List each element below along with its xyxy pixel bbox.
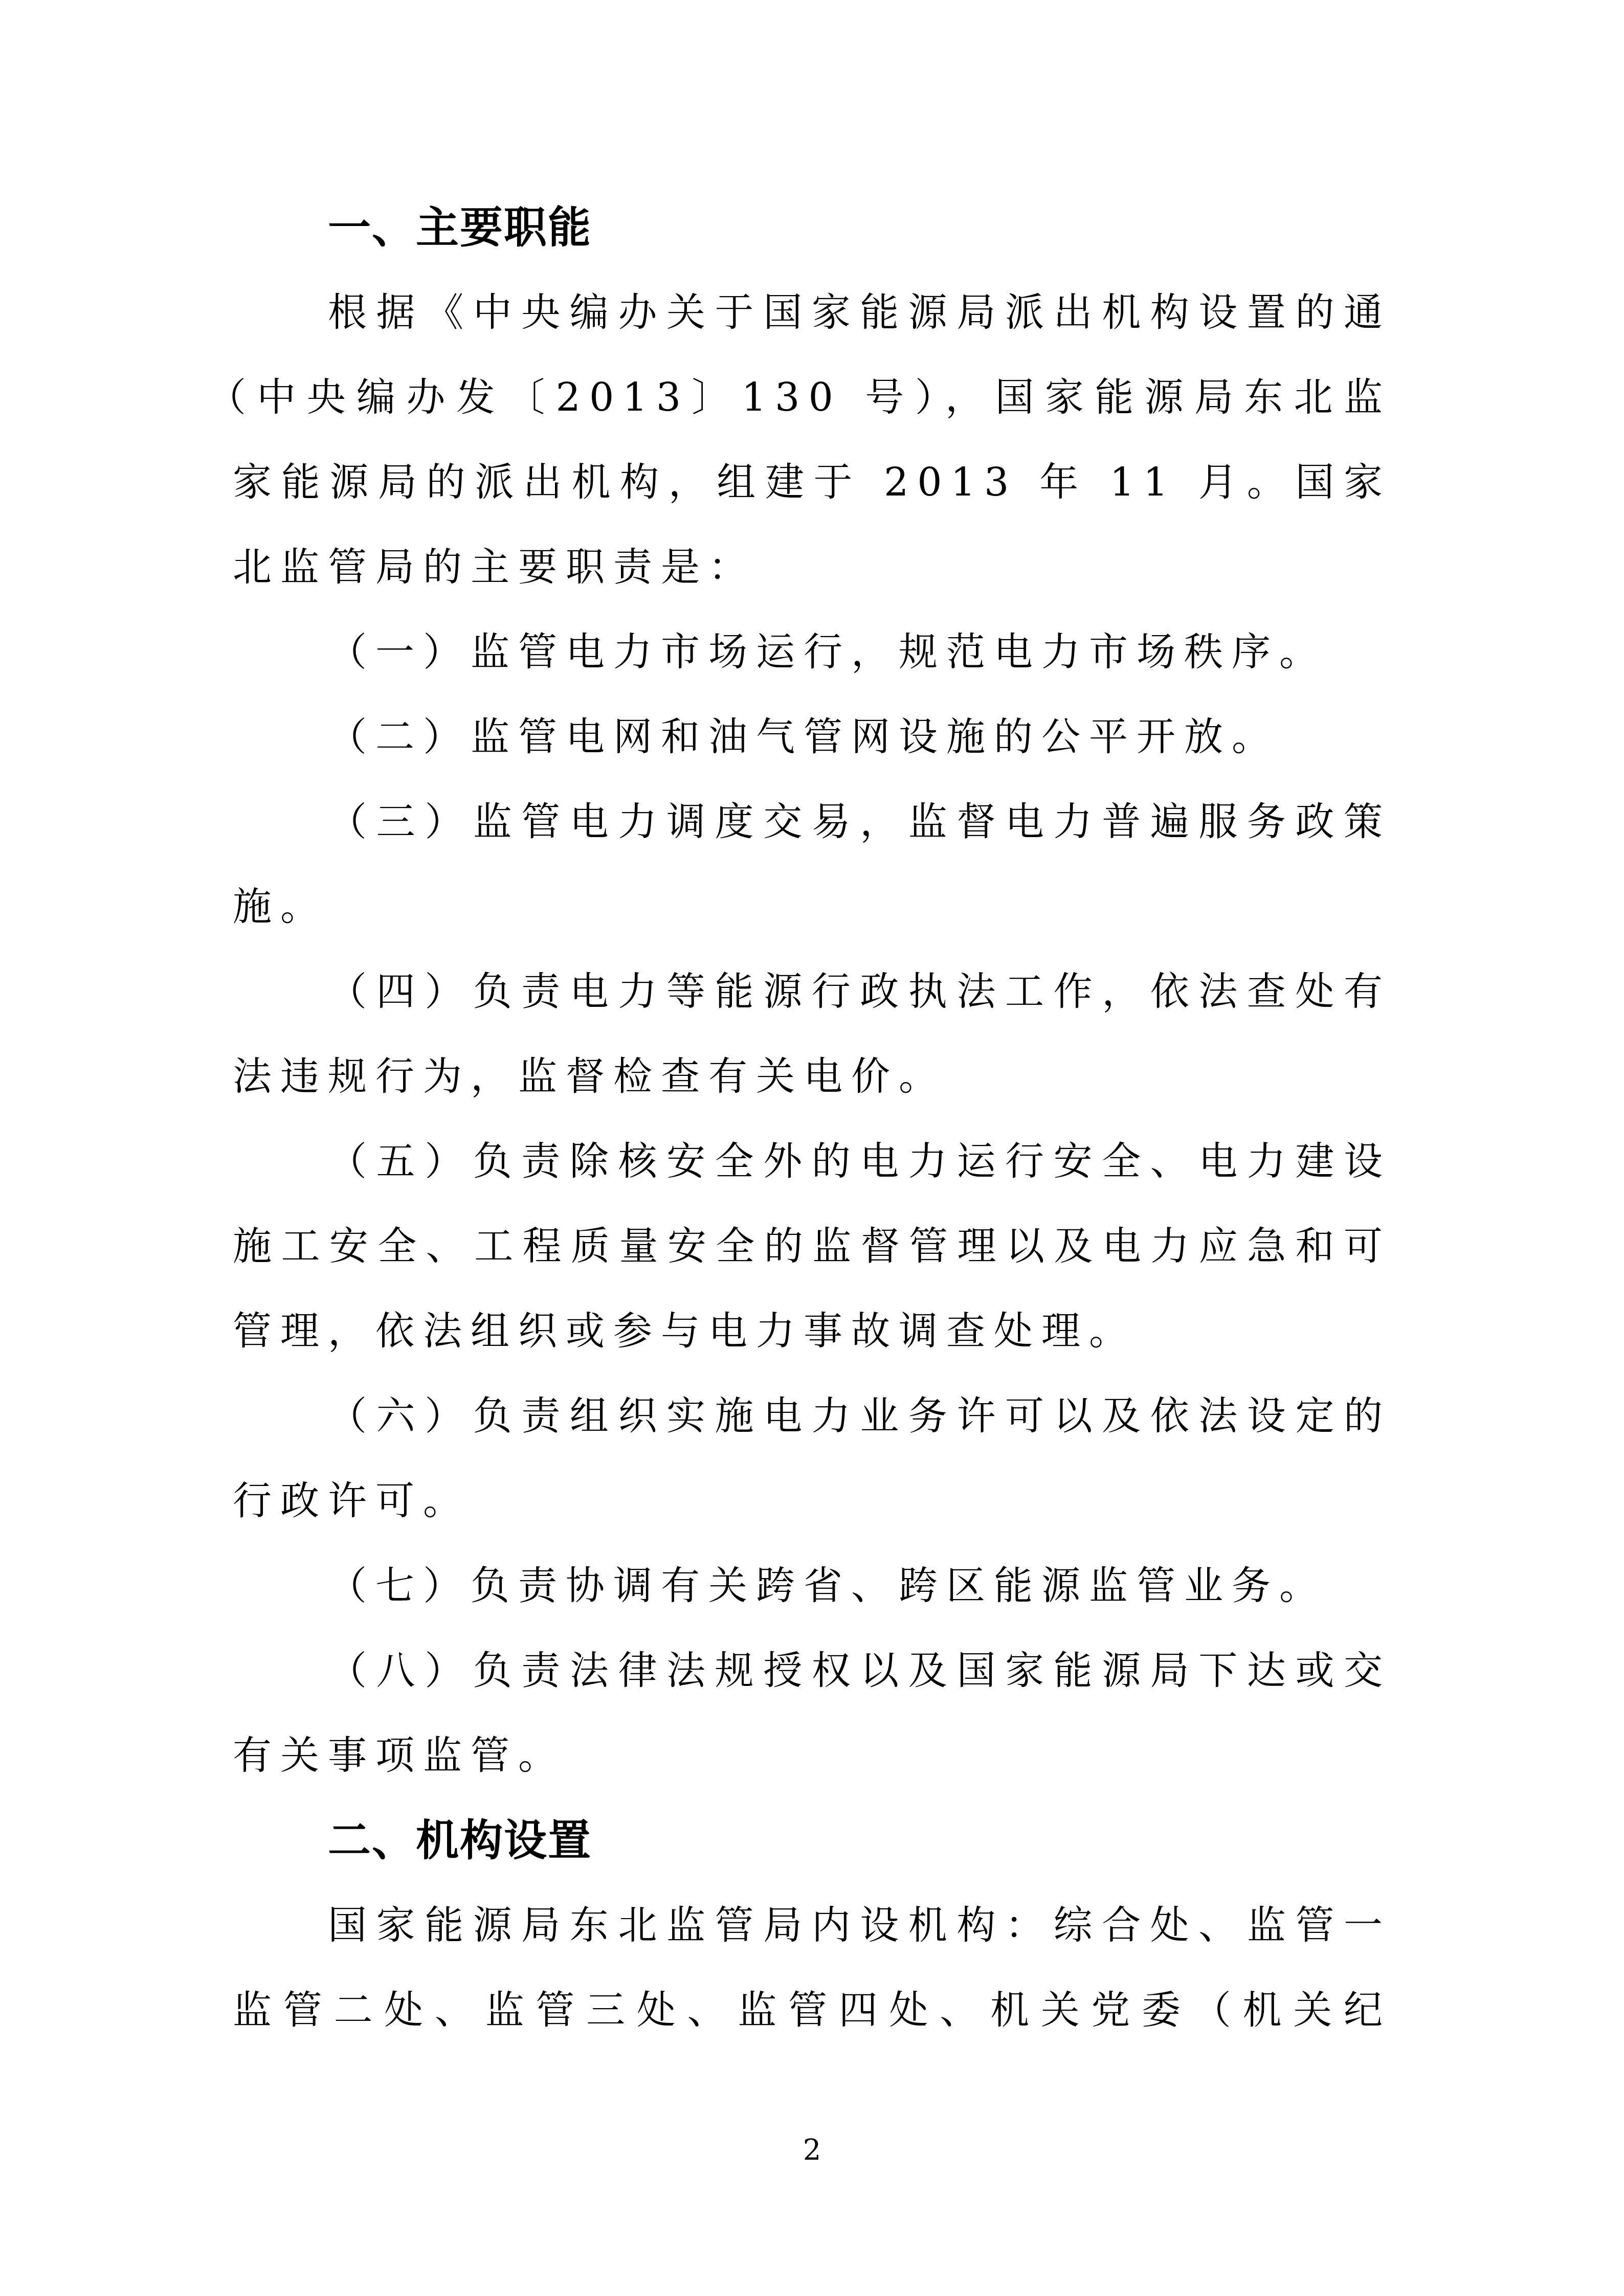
section-heading: 一、主要职能 <box>233 185 1391 270</box>
doc-line: （中央编办发〔2013〕130 号），国家能源局东北监管局为国 <box>207 355 1391 440</box>
doc-line: （五）负责除核安全外的电力运行安全、电力建设工程 <box>233 1119 1391 1204</box>
page-number: 2 <box>0 2120 1624 2181</box>
doc-line: 法违规行为，监督检查有关电价。 <box>233 1034 1391 1119</box>
doc-line: （八）负责法律法规授权以及国家能源局下达或交办的 <box>233 1628 1391 1713</box>
doc-line: 行政许可。 <box>233 1458 1391 1543</box>
doc-line: （三）监管电力调度交易，监督电力普遍服务政策的实 <box>233 779 1391 864</box>
doc-line: 根据《中央编办关于国家能源局派出机构设置的通知》 <box>233 270 1391 355</box>
doc-line: （四）负责电力等能源行政执法工作，依法查处有关违 <box>233 949 1391 1034</box>
doc-line: （二）监管电网和油气管网设施的公平开放。 <box>233 694 1391 779</box>
doc-line: （一）监管电力市场运行，规范电力市场秩序。 <box>233 610 1391 694</box>
doc-line: 北监管局的主要职责是： <box>233 525 1391 610</box>
doc-line: （七）负责协调有关跨省、跨区能源监管业务。 <box>233 1543 1391 1628</box>
doc-line: 管理，依法组织或参与电力事故调查处理。 <box>233 1289 1391 1374</box>
document-page: 一、主要职能 根据《中央编办关于国家能源局派出机构设置的通知》 （中央编办发〔2… <box>0 0 1624 2296</box>
doc-line: （六）负责组织实施电力业务许可以及依法设定的其他 <box>233 1374 1391 1458</box>
doc-line: 监管二处、监管三处、监管四处、机关党委（机关纪委）办 <box>233 1968 1391 2053</box>
document-text-block: 一、主要职能 根据《中央编办关于国家能源局派出机构设置的通知》 （中央编办发〔2… <box>233 185 1391 2053</box>
doc-line: 施工安全、工程质量安全的监督管理以及电力应急和可靠性 <box>233 1204 1391 1289</box>
section-heading: 二、机构设置 <box>233 1798 1391 1883</box>
doc-line: 国家能源局东北监管局内设机构：综合处、监管一处、 <box>233 1883 1391 1968</box>
doc-line: 家能源局的派出机构，组建于 2013 年 11 月。国家能源局东 <box>233 440 1391 525</box>
doc-line: 施。 <box>233 864 1391 949</box>
doc-line: 有关事项监管。 <box>233 1713 1391 1798</box>
